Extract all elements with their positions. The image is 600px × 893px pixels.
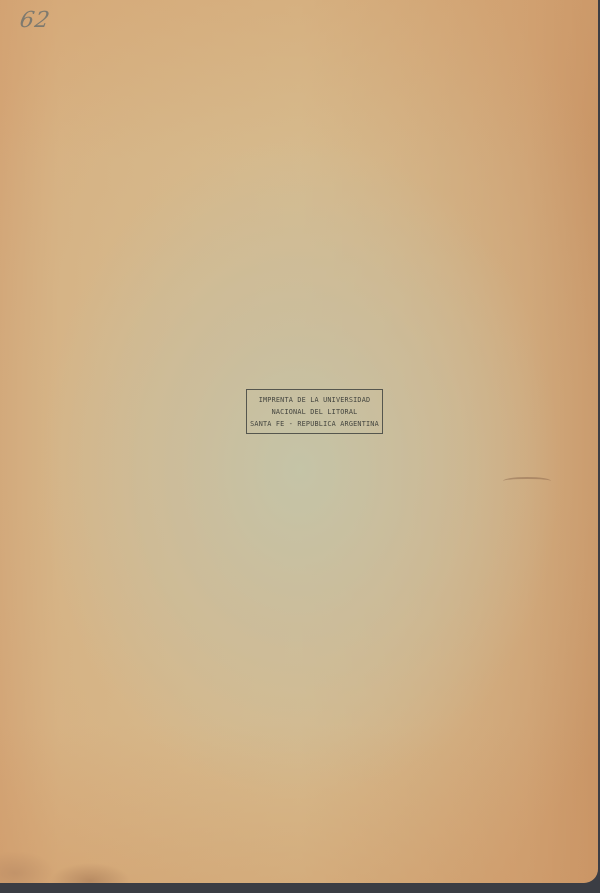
water-stain [0,843,170,883]
printer-imprint-box: IMPRENTA DE LA UNIVERSIDAD NACIONAL DEL … [246,389,383,434]
imprint-line-1: IMPRENTA DE LA UNIVERSIDAD [259,394,371,406]
imprint-line-2: NACIONAL DEL LITORAL [272,406,358,418]
imprint-line-3: SANTA FE - REPUBLICA ARGENTINA [250,418,379,430]
pencil-mark [503,477,551,485]
handwritten-annotation: 62 [18,8,52,33]
back-cover-page: 62 IMPRENTA DE LA UNIVERSIDAD NACIONAL D… [0,0,598,883]
